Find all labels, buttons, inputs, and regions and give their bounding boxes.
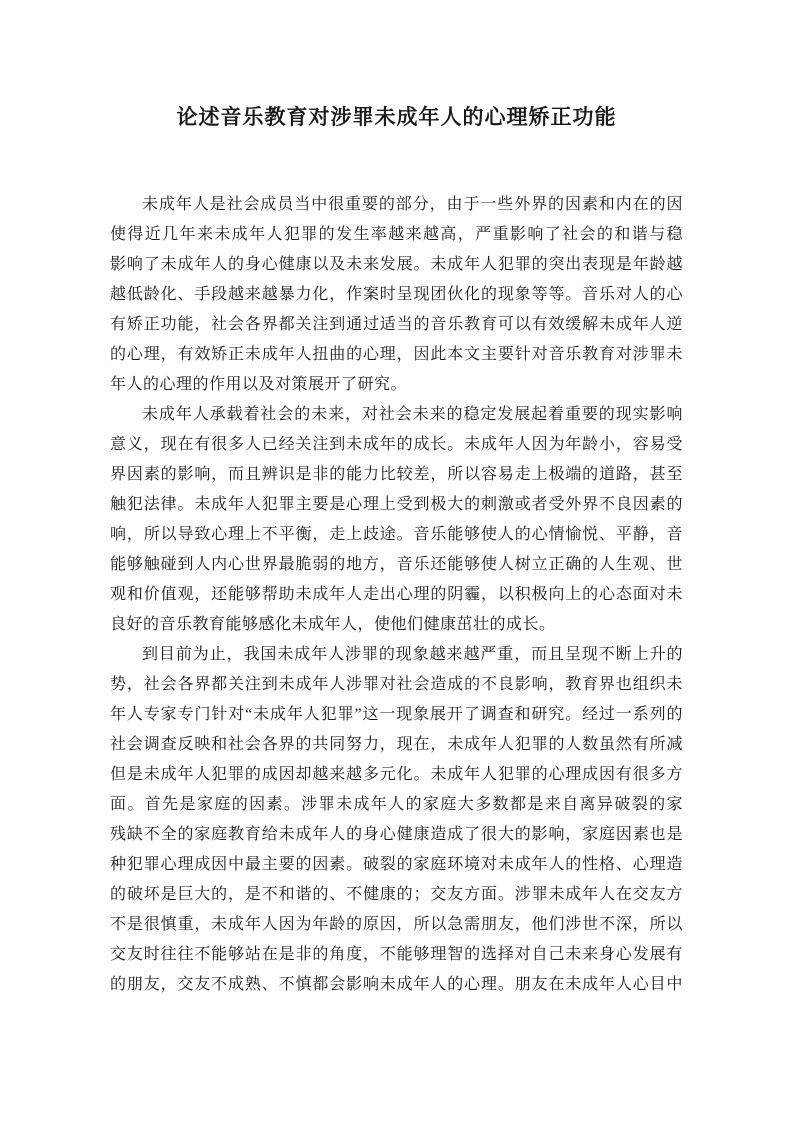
text-line: 的心理，有效矫正未成年人扭曲的心理，因此本文主要针对音乐教育对涉罪未成 bbox=[110, 340, 683, 370]
text-line: 面。首先是家庭的因素。涉罪未成年人的家庭大多数都是来自离异破裂的家庭， bbox=[110, 790, 683, 820]
text-line: 的朋友，交友不成熟、不慎都会影响未成年人的心理。朋友在未成年人心目中的 bbox=[110, 970, 683, 1000]
text-line: 年人专家专门针对“未成年人犯罪”这一现象展开了调查和研究。经过一系列的 bbox=[110, 700, 683, 730]
text-line: 有矫正功能，社会各界都关注到通过适当的音乐教育可以有效缓解未成年人逆反 bbox=[110, 310, 683, 340]
text-line: 年人的心理的作用以及对策展开了研究。 bbox=[110, 370, 683, 400]
text-line: 能够触碰到人内心世界最脆弱的地方，音乐还能够使人树立正确的人生观、世界 bbox=[110, 550, 683, 580]
document-page: 论述音乐教育对涉罪未成年人的心理矫正功能 未成年人是社会成员当中很重要的部分，由… bbox=[0, 0, 793, 1122]
text-line: 界因素的影响，而且辨识是非的能力比较差，所以容易走上极端的道路，甚至是 bbox=[110, 460, 683, 490]
text-line: 意义，现在有很多人已经关注到未成年的成长。未成年人因为年龄小，容易受外 bbox=[110, 430, 683, 460]
paragraph: 未成年人承载着社会的未来，对社会未来的稳定发展起着重要的现实影响和意义，现在有很… bbox=[110, 400, 683, 640]
page-title: 论述音乐教育对涉罪未成年人的心理矫正功能 bbox=[110, 103, 683, 131]
text-line: 良好的音乐教育能够感化未成年人，使他们健康茁壮的成长。 bbox=[110, 610, 683, 640]
text-line: 但是未成年人犯罪的成因却越来越多元化。未成年人犯罪的心理成因有很多方 bbox=[110, 760, 683, 790]
text-line: 未成年人是社会成员当中很重要的部分，由于一些外界的因素和内在的因素 bbox=[110, 190, 683, 220]
text-line: 触犯法律。未成年人犯罪主要是心理上受到极大的刺激或者受外界不良因素的影 bbox=[110, 490, 683, 520]
text-line: 影响了未成年人的身心健康以及未来发展。未成年人犯罪的突出表现是年龄越来 bbox=[110, 250, 683, 280]
text-line: 种犯罪心理成因中最主要的因素。破裂的家庭环境对未成年人的性格、心理造成 bbox=[110, 850, 683, 880]
text-line: 残缺不全的家庭教育给未成年人的身心健康造成了很大的影响，家庭因素也是各 bbox=[110, 820, 683, 850]
text-line: 的破坏是巨大的，是不和谐的、不健康的；交友方面。涉罪未成年人在交友方面 bbox=[110, 880, 683, 910]
text-line: 到目前为止，我国未成年人涉罪的现象越来越严重，而且呈现不断上升的趋 bbox=[110, 640, 683, 670]
text-line: 响，所以导致心理上不平衡，走上歧途。音乐能够使人的心情愉悦、平静，音乐 bbox=[110, 520, 683, 550]
text-line: 未成年人承载着社会的未来，对社会未来的稳定发展起着重要的现实影响和 bbox=[110, 400, 683, 430]
document-body: 未成年人是社会成员当中很重要的部分，由于一些外界的因素和内在的因素使得近几年来未… bbox=[110, 190, 683, 1000]
text-line: 使得近几年来未成年人犯罪的发生率越来越高，严重影响了社会的和谐与稳定， bbox=[110, 220, 683, 250]
text-line: 交友时往往不能够站在是非的角度，不能够理智的选择对自己未来身心发展有益 bbox=[110, 940, 683, 970]
text-line: 势，社会各界都关注到未成年人涉罪对社会造成的不良影响，教育界也组织未成 bbox=[110, 670, 683, 700]
paragraph: 未成年人是社会成员当中很重要的部分，由于一些外界的因素和内在的因素使得近几年来未… bbox=[110, 190, 683, 400]
paragraph: 到目前为止，我国未成年人涉罪的现象越来越严重，而且呈现不断上升的趋势，社会各界都… bbox=[110, 640, 683, 1000]
text-line: 不是很慎重，未成年人因为年龄的原因，所以急需朋友，他们涉世不深，所以在 bbox=[110, 910, 683, 940]
text-line: 越低龄化、手段越来越暴力化，作案时呈现团伙化的现象等等。音乐对人的心理 bbox=[110, 280, 683, 310]
text-line: 观和价值观，还能够帮助未成年人走出心理的阴霾，以积极向上的心态面对未来， bbox=[110, 580, 683, 610]
text-line: 社会调查反映和社会各界的共同努力，现在，未成年人犯罪的人数虽然有所减少， bbox=[110, 730, 683, 760]
